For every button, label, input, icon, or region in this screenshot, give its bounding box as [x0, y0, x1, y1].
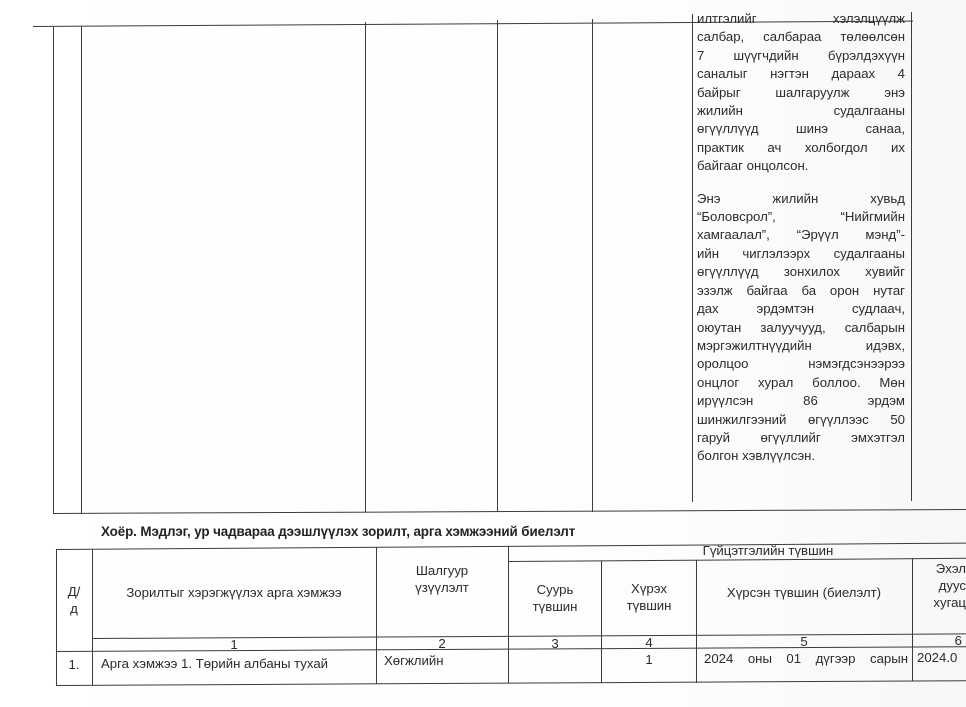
result-cell: илтгэлийг хэлэлцүүлж салбар, салбараа тө…: [697, 10, 905, 466]
row-action: Арга хэмжээ 1. Төрийн албаны тухай: [101, 655, 328, 672]
header-performance-group: Гүйцэтгэлийн түвшин: [510, 542, 966, 559]
header-action: Зорилтыг хэрэгжүүлэх арга хэмжээ: [94, 584, 374, 601]
result-line: өгүүллүүд зонхилох хувийг: [697, 263, 905, 281]
result-line: “Боловсрол”, “Нийгмийн: [697, 208, 905, 226]
result-line: практик ач холбогдол их: [697, 139, 905, 157]
result-line: эзэлж байгаа ба орон нутаг: [697, 282, 905, 300]
result-line: онцлог хурал боллоо. Мөн: [697, 374, 905, 392]
column-number: 4: [603, 634, 695, 651]
result-line: илтгэлийг хэлэлцүүлж: [697, 10, 905, 28]
result-line: 7 шүүгчдийн бүрэлдэхүүн: [697, 47, 905, 65]
section-heading: Хоёр. Мэдлэг, ур чадвараа дээшлүүлэх зор…: [101, 524, 575, 539]
result-line: мэргэжилтнүүдийн идэвх,: [697, 337, 905, 355]
row-indicator: Хөгжлийн: [384, 652, 443, 669]
result-line: байгааг онцолсон.: [697, 157, 905, 175]
header-no: Д/ д: [58, 583, 90, 617]
result-line: оролцоо нэмэгдсэнээрээ: [697, 355, 905, 373]
header-baseline: Суурь түвшин: [510, 581, 600, 615]
result-line: шинжилгээний өгүүллээс 50: [697, 411, 905, 429]
result-line: гаруй өгүүллийг эмхэтгэл: [697, 429, 905, 447]
header-target: Хүрэх түвшин: [603, 580, 695, 614]
result-line: салбар, салбараа төлөөлсөн: [697, 28, 905, 46]
result-line: өгүүллүүд шинэ санаа,: [697, 120, 905, 138]
row-no: 1.: [58, 656, 90, 673]
row-achieved: 2024 оны 01 дүгээр сарын: [704, 650, 908, 667]
result-line: хамгаалал”, “Эрүүл мэнд”-: [697, 226, 905, 244]
header-indicator: Шалгуур үзүүлэлт: [378, 562, 506, 596]
row-target: 1: [603, 651, 695, 668]
column-number: 5: [698, 633, 910, 650]
result-line: оюутан залуучууд, салбарын: [697, 319, 905, 337]
column-number: 2: [378, 635, 506, 652]
result-line: байрыг шалгаруулж энэ: [697, 84, 905, 102]
header-achieved: Хүрсэн түвшин (биелэлт): [698, 584, 910, 601]
result-line: Энэ жилийн хувьд: [697, 190, 905, 208]
result-line: ийн чиглэлээрх судалгааны: [697, 245, 905, 263]
column-number: 3: [510, 635, 600, 652]
result-line: дах эрдэмтэн судлаач,: [697, 300, 905, 318]
result-line: болгон хэвлүүлсэн.: [697, 447, 905, 465]
result-line: саналыг нэгтэн дараах 4: [697, 65, 905, 83]
header-dates: Эхэл дуус хугац: [914, 560, 966, 611]
column-number: 1: [94, 636, 374, 653]
result-line: жилийн судалгааны: [697, 102, 905, 120]
row-dates: 2024.0: [917, 649, 966, 666]
result-line: ирүүлсэн 86 эрдэм: [697, 392, 905, 410]
scanned-document-page: илтгэлийг хэлэлцүүлж салбар, салбараа тө…: [0, 0, 966, 707]
column-number: 6: [914, 632, 962, 649]
